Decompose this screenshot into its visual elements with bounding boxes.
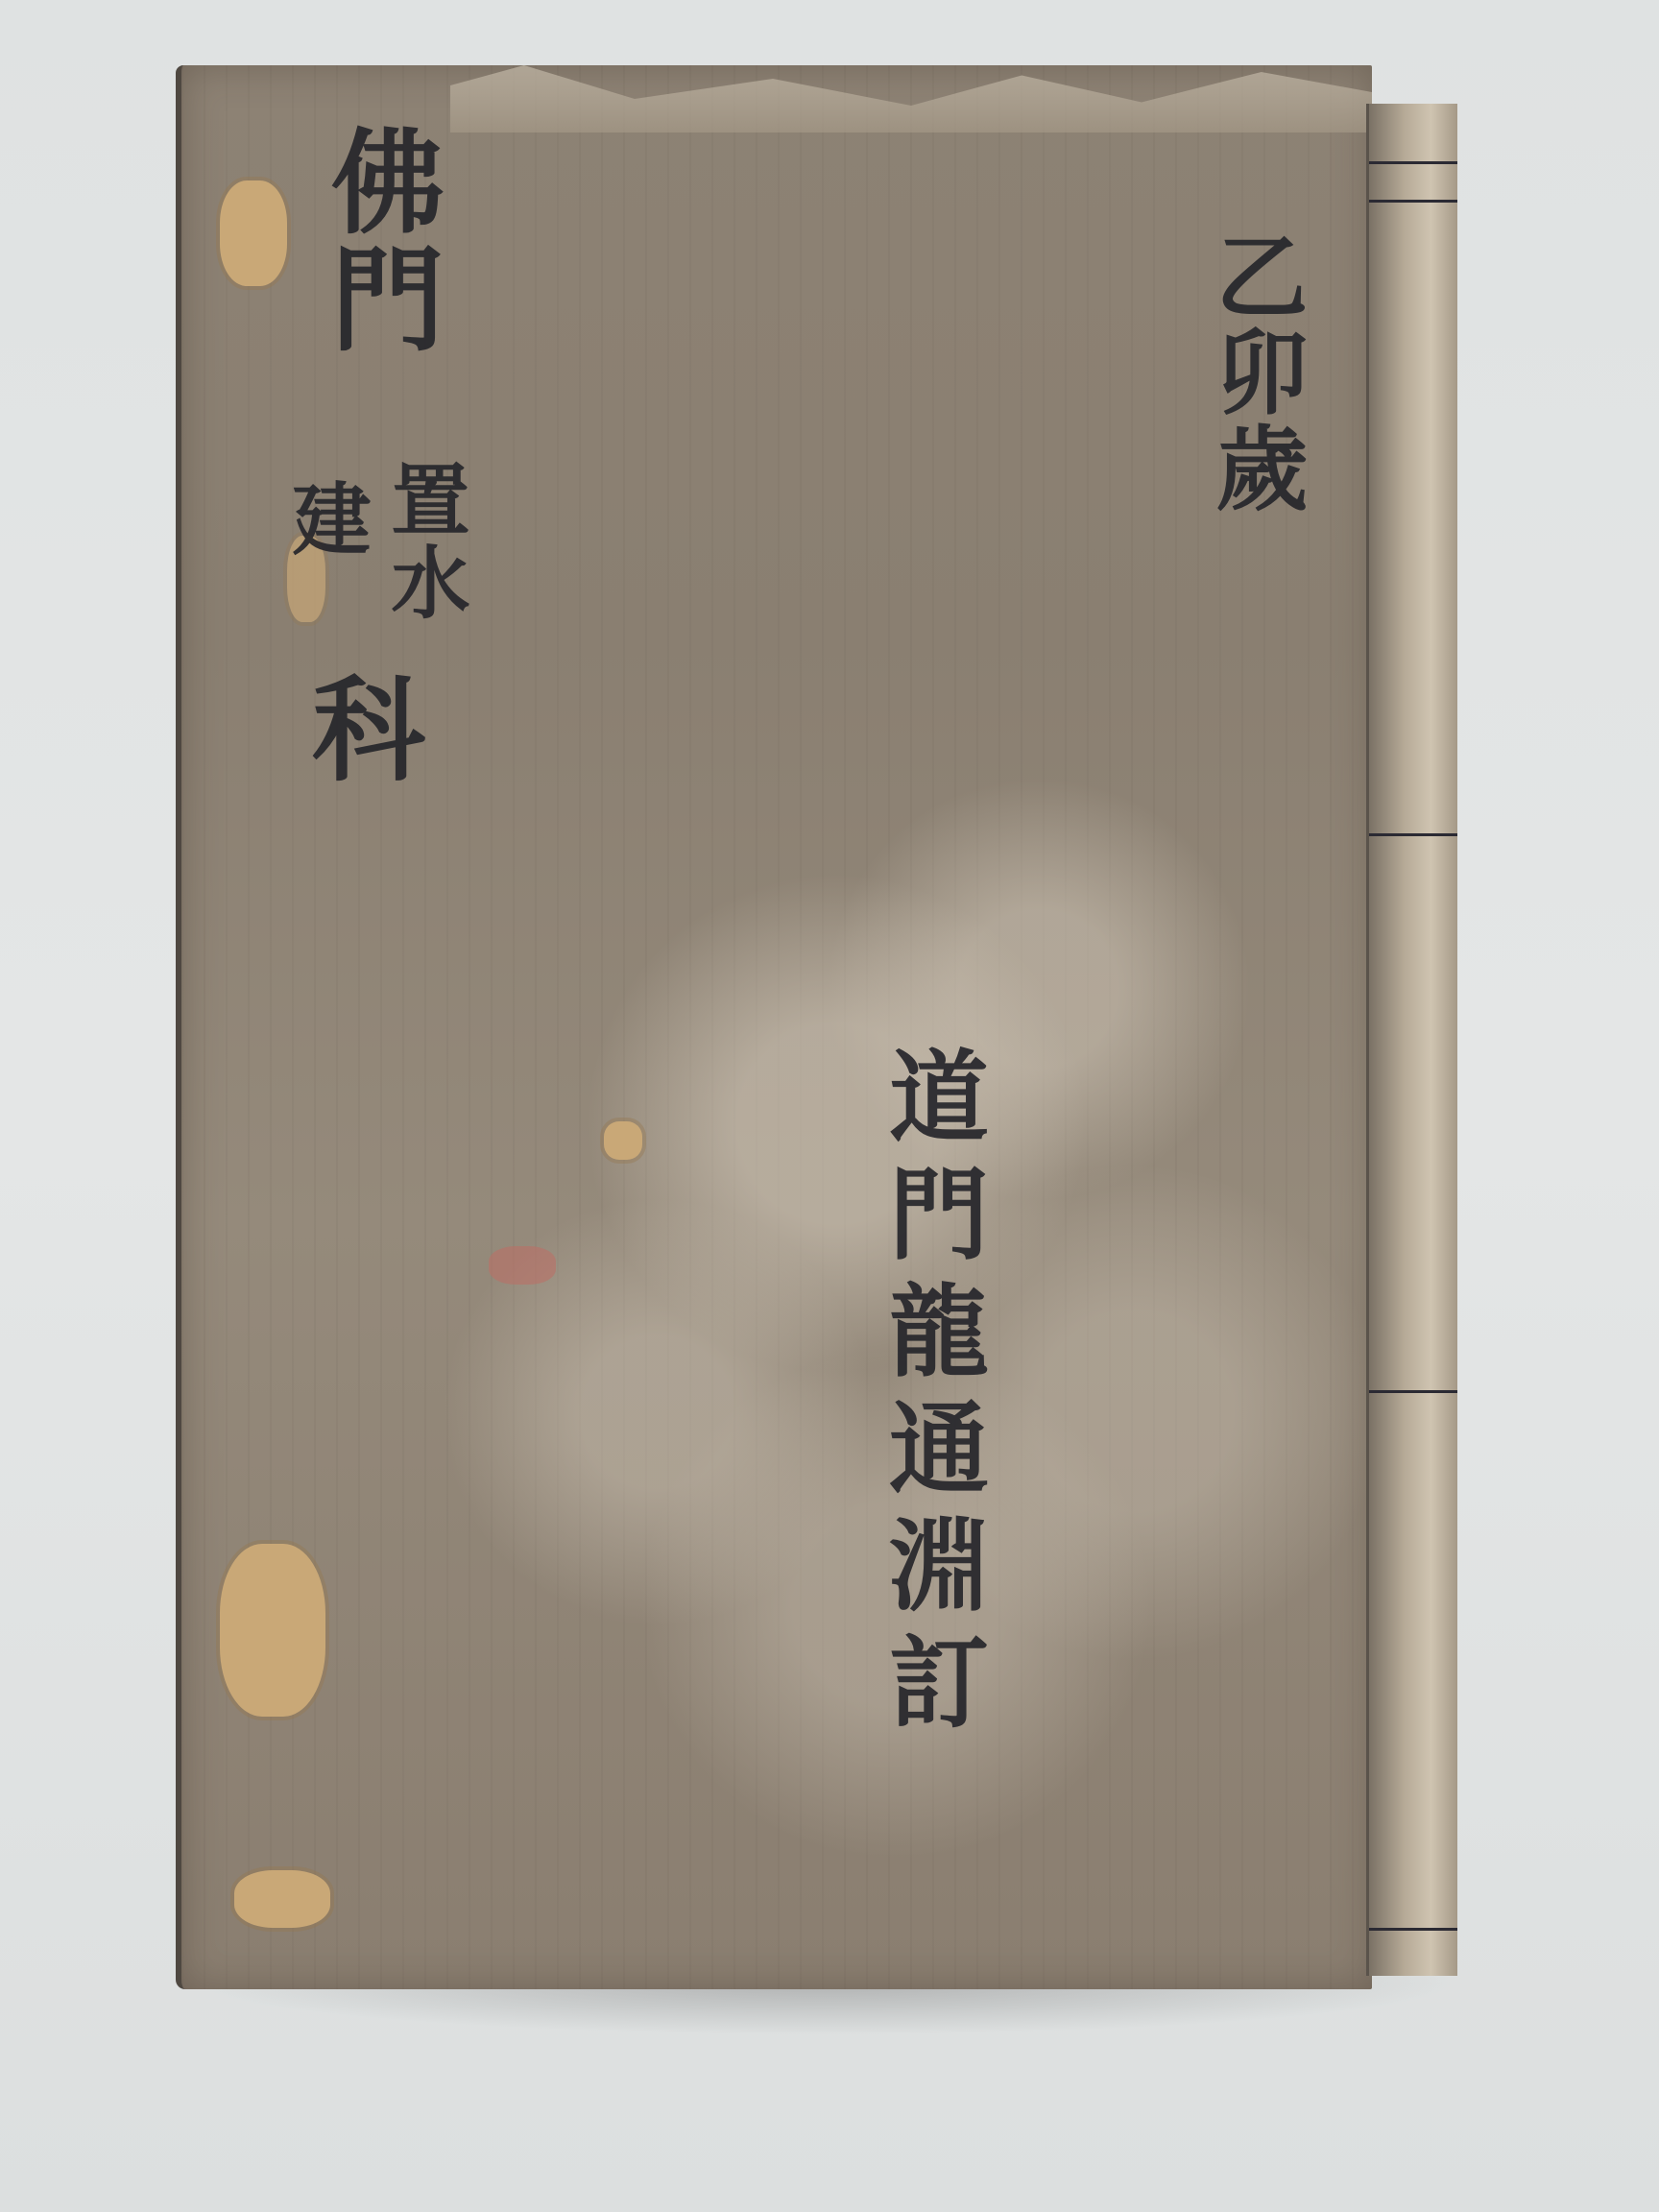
binding-thread [1369,200,1457,203]
faded-red-stain [489,1246,556,1285]
editor-text: 道門龍通淵訂 [858,1045,1002,1747]
binding-thread [1369,833,1457,836]
title-sub-right-text: 置水 [369,459,481,624]
worn-patch [220,1544,325,1717]
title-end-text: 科 [277,670,441,787]
date-text: 乙卯歲 [1190,228,1321,517]
binding-thread [1369,1390,1457,1393]
worn-patch [604,1121,642,1160]
worn-patch [234,1870,330,1928]
binding-thread [1369,161,1457,164]
book-spine [1366,104,1457,1976]
title-sub-left-text: 建 [270,478,382,561]
binding-thread [1369,1928,1457,1931]
book-cover: 佛門 置水 建 科 乙卯歲 道門龍通淵訂 [176,65,1372,1989]
torn-top-edge [450,65,1372,132]
book: 佛門 置水 建 科 乙卯歲 道門龍通淵訂 [176,65,1455,1989]
worn-patch [220,180,287,286]
title-main-text: 佛門 [297,123,460,357]
